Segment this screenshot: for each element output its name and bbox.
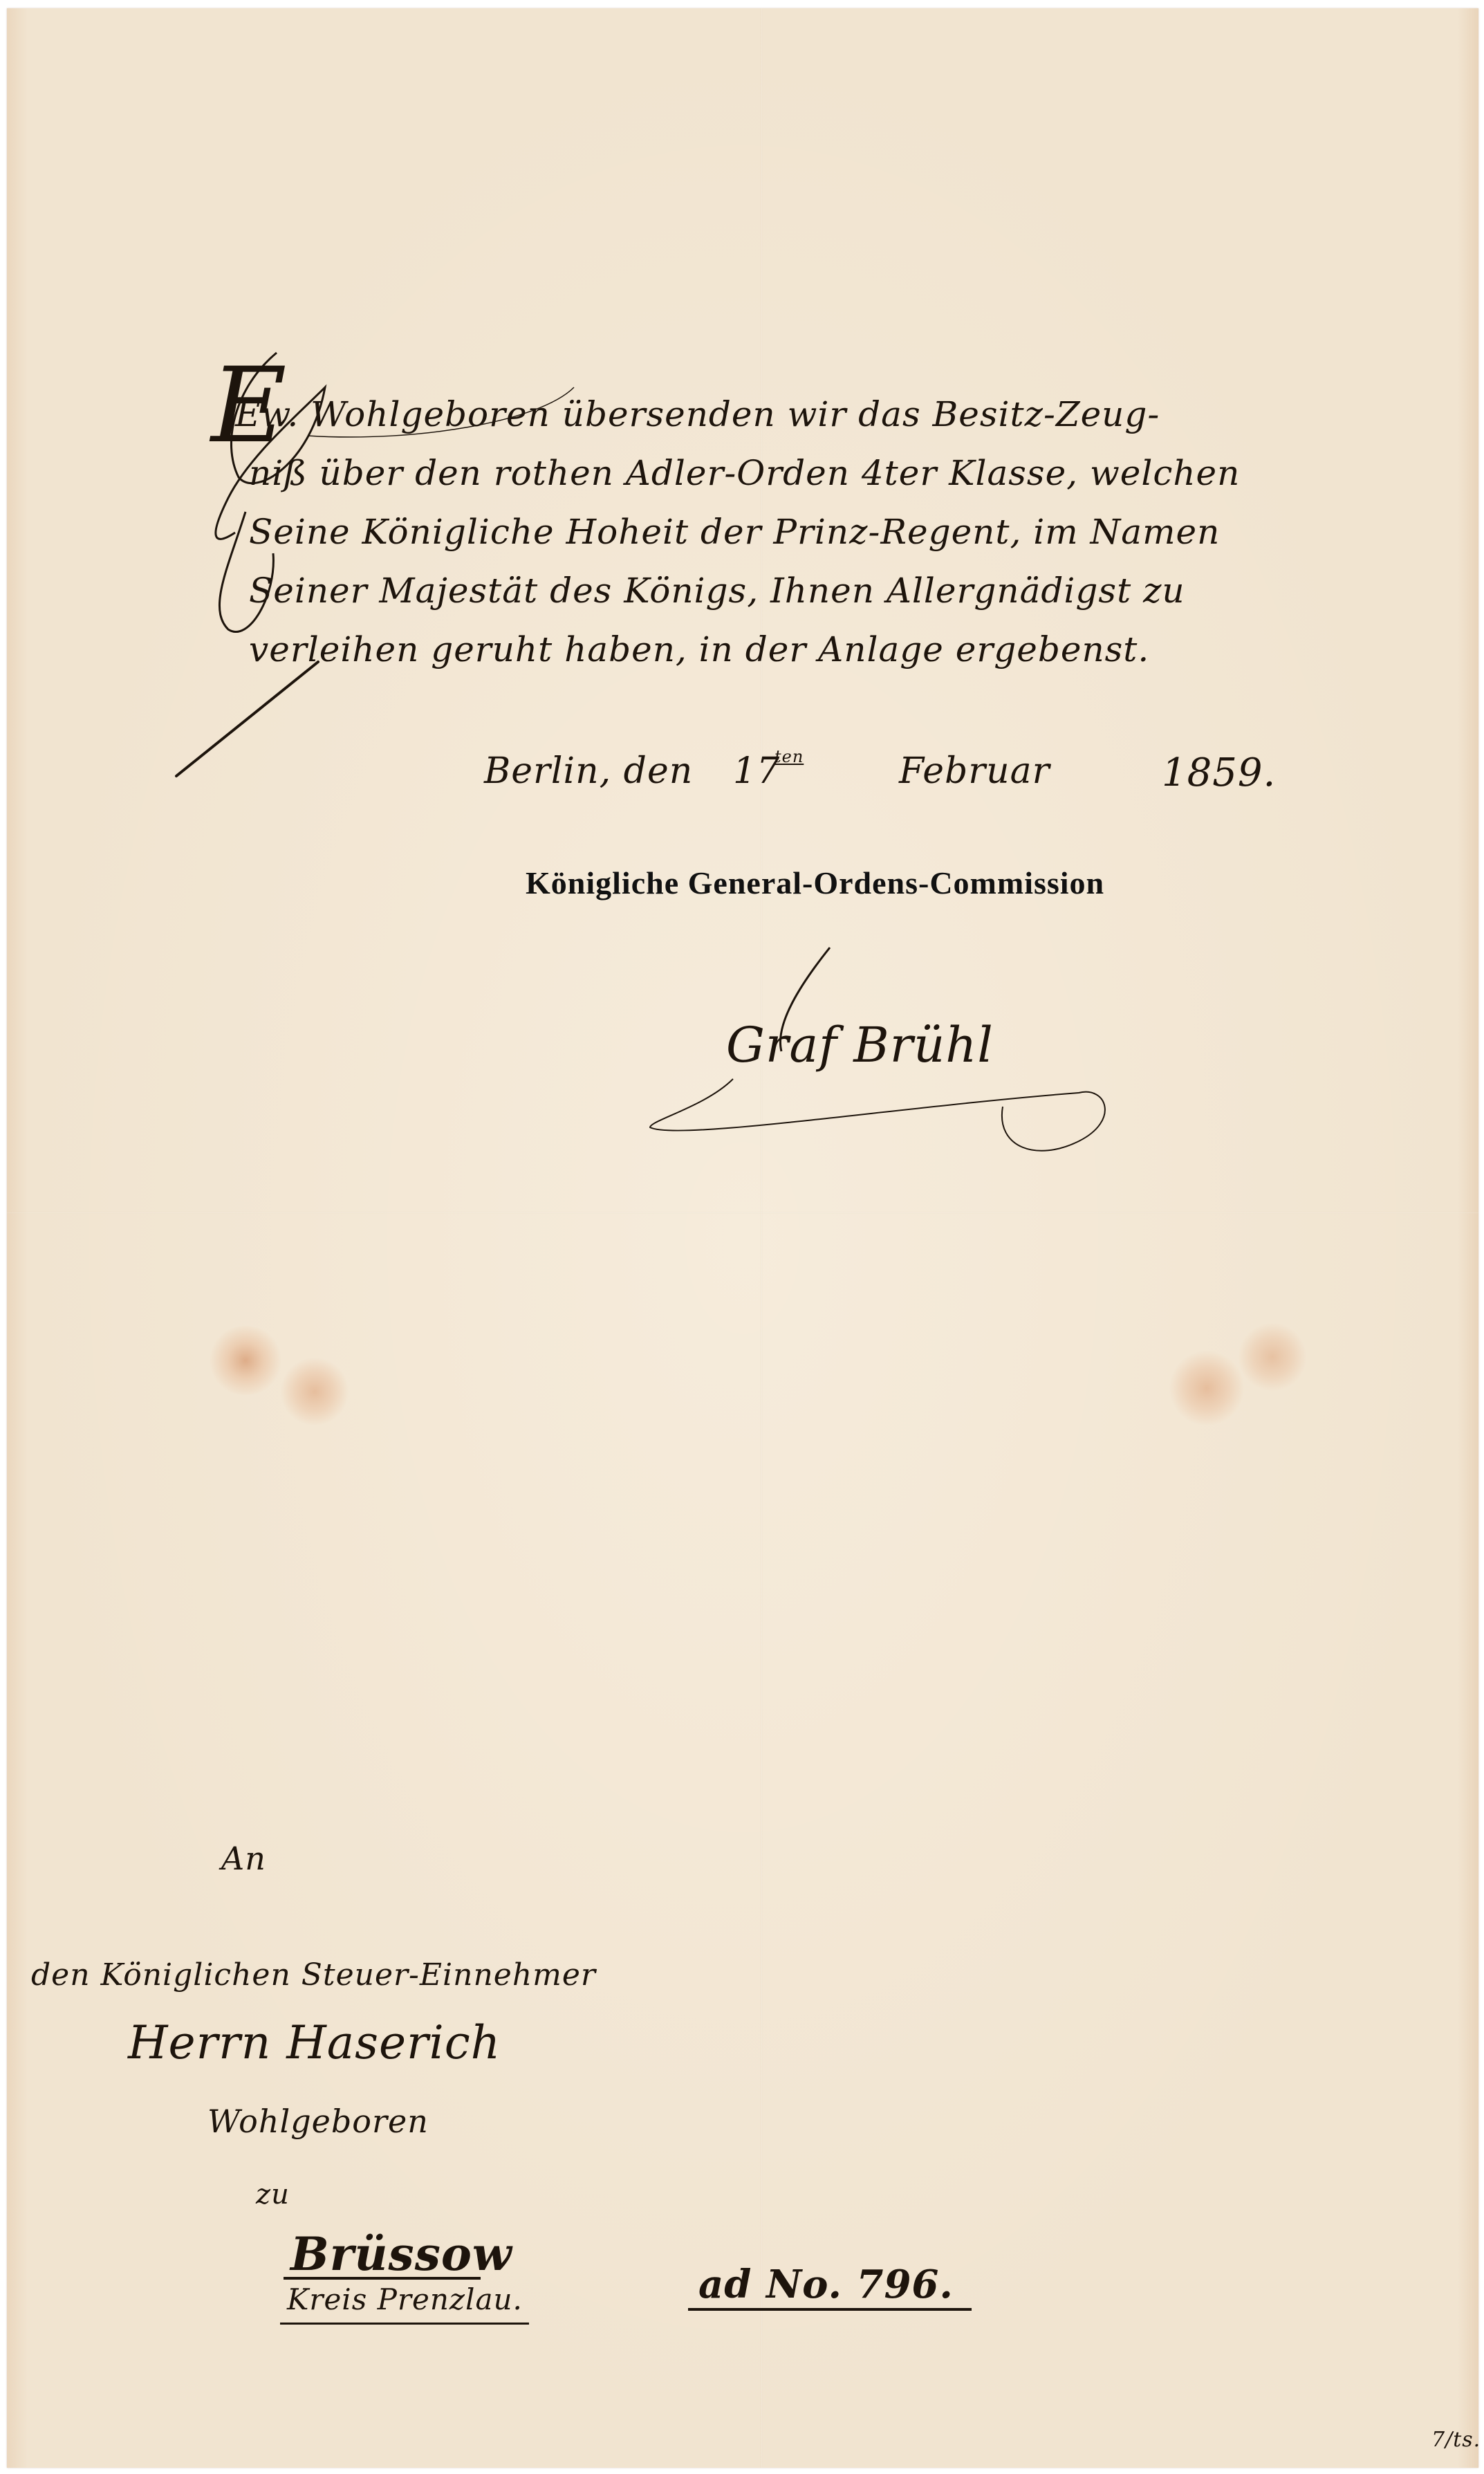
body-line-5: verleihen geruht haben, in der Anlage er… [249, 629, 1149, 670]
date-year: 1859. [1162, 750, 1276, 795]
address-recipient: Herrn Haserich [128, 2016, 501, 2069]
address-to: An [221, 1840, 266, 1877]
body-line-4: Seiner Majestät des Königs, Ihnen Allerg… [249, 571, 1185, 611]
place-underline [284, 2277, 481, 2280]
signature: Graf Brühl [726, 1017, 994, 1073]
body-line-1: Ew. Wohlgeboren übersenden wir das Besit… [235, 394, 1160, 434]
date-month: Februar [899, 750, 1050, 792]
address-line-1: den Königlichen Steuer-Einnehmer [31, 1957, 596, 1993]
signature-flourish [650, 1079, 1105, 1151]
date-place: Berlin, den [484, 750, 693, 792]
address-honorific: Wohlgeboren [207, 2103, 429, 2140]
reference-number: ad No. 796. [698, 2262, 954, 2307]
reference-underline [688, 2308, 972, 2311]
district-underline [280, 2323, 529, 2325]
date-day: 17 [733, 750, 780, 792]
date-day-suffix: ten [775, 747, 804, 766]
corner-note: 7/ts. [1431, 2428, 1481, 2452]
closing-stroke [176, 662, 318, 776]
address-place: Brüssow [290, 2227, 512, 2281]
issuer-heading: Königliche General-Ordens-Commission [526, 865, 1104, 901]
address-zu: zu [256, 2179, 290, 2210]
address-district: Kreis Prenzlau. [287, 2282, 523, 2316]
body-line-2: niß über den rothen Adler-Orden 4ter Kla… [249, 453, 1240, 493]
body-line-3: Seine Königliche Hoheit der Prinz-Regent… [249, 512, 1220, 552]
